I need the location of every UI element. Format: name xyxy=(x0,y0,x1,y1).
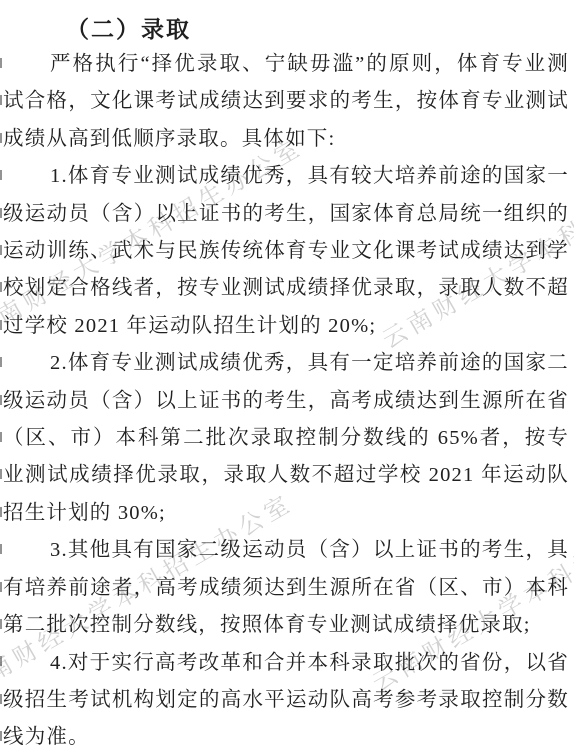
paragraph-item-3: 3.其他具有国家二级运动员（含）以上证书的考生，具有培养前途者，高考成绩须达到生… xyxy=(3,532,569,644)
paragraph-item-4: 4.对于实行高考改革和合并本科录取批次的省份，以省级招生考试机构划定的高水平运动… xyxy=(3,645,569,750)
scan-speck xyxy=(0,133,2,143)
scan-speck xyxy=(0,432,2,442)
scan-speck xyxy=(0,582,2,592)
scan-speck xyxy=(0,469,2,479)
document-page: 云南财经大学本科招生办公室 云南财经大学本科招生办公室 云南财经大学本科招生办公… xyxy=(0,0,574,750)
scan-speck xyxy=(0,656,2,666)
scan-speck xyxy=(0,245,2,255)
scan-speck xyxy=(0,95,2,105)
document-body: （二）录取 严格执行“择优录取、宁缺毋滥”的原则，体育专业测试合格，文化课考试成… xyxy=(0,0,574,750)
scan-speck xyxy=(0,507,2,517)
scan-speck xyxy=(0,694,2,704)
scan-speck xyxy=(0,619,2,629)
scan-speck xyxy=(0,320,2,330)
paragraph-item-1: 1.体育专业测试成绩优秀，具有较大培养前途的国家一级运动员（含）以上证书的考生，… xyxy=(3,158,569,345)
scan-speck xyxy=(0,170,2,180)
scan-speck xyxy=(0,395,2,405)
section-heading: （二）录取 xyxy=(66,13,569,46)
scan-speck xyxy=(0,282,2,292)
scan-speck xyxy=(0,58,2,68)
scan-speck xyxy=(0,731,2,741)
scan-speck xyxy=(0,357,2,367)
scan-speck xyxy=(0,544,2,554)
scan-speck xyxy=(0,208,2,218)
paragraph-item-2: 2.体育专业测试成绩优秀，具有一定培养前途的国家二级运动员（含）以上证书的考生，… xyxy=(3,345,569,532)
paragraph-intro: 严格执行“择优录取、宁缺毋滥”的原则，体育专业测试合格，文化课考试成绩达到要求的… xyxy=(3,46,569,158)
